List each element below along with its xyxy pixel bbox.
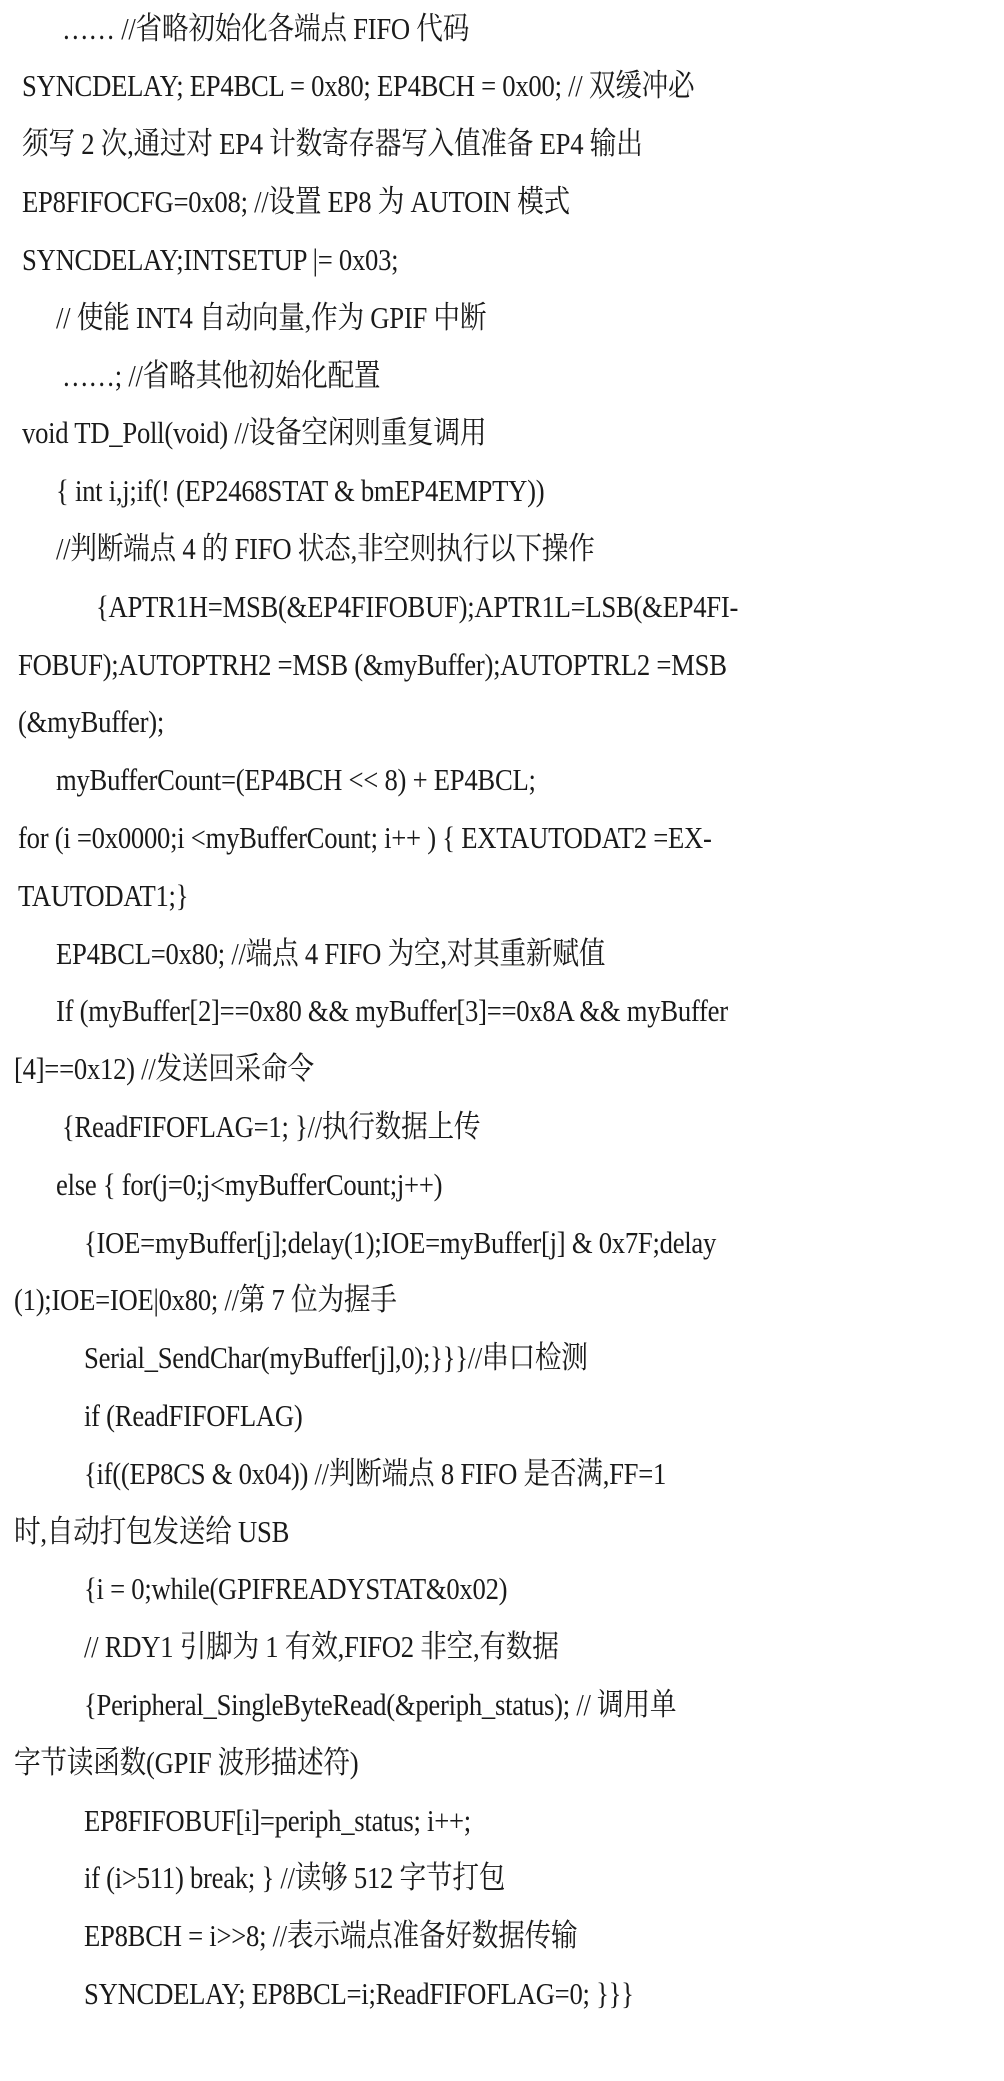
code-line: {APTR1H=MSB(&EP4FIFOBUF);APTR1L=LSB(&EP4… — [96, 578, 877, 635]
code-line: // 使能 INT4 自动向量,作为 GPIF 中断 — [56, 289, 871, 346]
code-line: {if((EP8CS & 0x04)) //判断端点 8 FIFO 是否满,FF… — [84, 1445, 875, 1502]
code-line: { int i,j;if(! (EP2468STAT & bmEP4EMPTY)… — [56, 462, 871, 519]
code-line: ……; //省略其他初始化配置 — [62, 347, 872, 404]
code-line: if (i>511) break; } //读够 512 字节打包 — [84, 1849, 875, 1906]
code-line: EP4BCL=0x80; //端点 4 FIFO 为空,对其重新赋值 — [56, 925, 871, 982]
code-line: 时,自动打包发送给 USB — [14, 1503, 865, 1560]
code-line: {ReadFIFOFLAG=1; }//执行数据上传 — [62, 1098, 872, 1155]
code-line: {i = 0;while(GPIFREADYSTAT&0x02) — [84, 1560, 875, 1617]
code-line: {IOE=myBuffer[j];delay(1);IOE=myBuffer[j… — [84, 1214, 875, 1271]
code-line: 须写 2 次,通过对 EP4 计数寄存器写入值准备 EP4 输出 — [22, 115, 867, 172]
code-line: EP8FIFOBUF[i]=periph_status; i++; — [84, 1792, 875, 1849]
code-line: 字节读函数(GPIF 波形描述符) — [14, 1734, 865, 1791]
code-listing-page: …… //省略初始化各端点 FIFO 代码 SYNCDELAY; EP4BCL … — [0, 0, 1004, 2081]
code-line: FOBUF);AUTOPTRH2 =MSB (&myBuffer);AUTOPT… — [18, 636, 866, 693]
code-line: SYNCDELAY; EP4BCL = 0x80; EP4BCH = 0x00;… — [22, 57, 867, 114]
code-line: else { for(j=0;j<myBufferCount;j++) — [56, 1156, 871, 1213]
code-line: If (myBuffer[2]==0x80 && myBuffer[3]==0x… — [56, 982, 871, 1039]
code-line: (&myBuffer); — [18, 693, 866, 750]
code-line: SYNCDELAY; EP8BCL=i;ReadFIFOFLAG=0; }}} — [84, 1965, 875, 2022]
code-line: {Peripheral_SingleByteRead(&periph_statu… — [84, 1676, 875, 1733]
code-line: void TD_Poll(void) //设备空闲则重复调用 — [22, 404, 867, 461]
code-line: …… //省略初始化各端点 FIFO 代码 — [62, 0, 872, 57]
code-line: // RDY1 引脚为 1 有效,FIFO2 非空,有数据 — [84, 1618, 875, 1675]
code-line: Serial_SendChar(myBuffer[j],0);}}}//串口检测 — [84, 1329, 875, 1386]
code-line: EP8FIFOCFG=0x08; //设置 EP8 为 AUTOIN 模式 — [22, 173, 867, 230]
code-line: for (i =0x0000;i <myBufferCount; i++ ) {… — [18, 809, 866, 866]
code-line: EP8BCH = i>>8; //表示端点准备好数据传输 — [84, 1907, 875, 1964]
code-line: //判断端点 4 的 FIFO 状态,非空则执行以下操作 — [56, 520, 871, 577]
code-line: [4]==0x12) //发送回采命令 — [14, 1040, 865, 1097]
code-line: TAUTODAT1;} — [18, 867, 866, 924]
code-line: if (ReadFIFOFLAG) — [84, 1387, 875, 1444]
code-line: SYNCDELAY;INTSETUP |= 0x03; — [22, 231, 867, 288]
code-line: (1);IOE=IOE|0x80; //第 7 位为握手 — [14, 1271, 865, 1328]
code-line: myBufferCount=(EP4BCH << 8) + EP4BCL; — [56, 751, 871, 808]
